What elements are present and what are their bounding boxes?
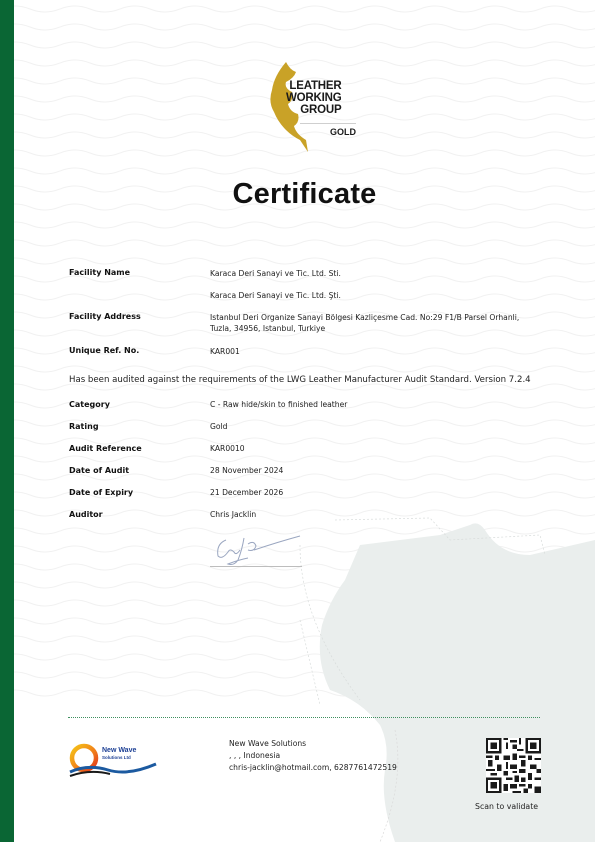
unique-ref-label: Unique Ref. No. bbox=[69, 346, 139, 355]
facility-address-line2: Tuzla, 34956, Istanbul, Turkiye bbox=[210, 323, 325, 335]
footer-divider bbox=[68, 717, 540, 718]
facility-name-alt-value: Karaca Deri Sanayi ve Tic. Ltd. Şti. bbox=[210, 290, 341, 302]
qr-code-icon[interactable] bbox=[486, 738, 541, 793]
auditor-signature-icon bbox=[208, 530, 308, 568]
detail-label: Date of Expiry bbox=[69, 488, 133, 497]
svg-text:New Wave: New Wave bbox=[102, 747, 136, 754]
detail-value: 21 December 2026 bbox=[210, 487, 283, 499]
facility-address-label: Facility Address bbox=[69, 312, 141, 321]
detail-label: Rating bbox=[69, 422, 99, 431]
detail-label: Category bbox=[69, 400, 110, 409]
organization-contact: New Wave Solutions , , , Indonesia chris… bbox=[229, 738, 397, 774]
logo-line-3: GROUP bbox=[286, 104, 341, 116]
detail-value: C - Raw hide/skin to finished leather bbox=[210, 399, 347, 411]
logo-line-2: WORKING bbox=[286, 92, 341, 104]
unique-ref-value: KAR001 bbox=[210, 346, 240, 358]
scan-to-validate-label: Scan to validate bbox=[475, 802, 538, 811]
detail-label: Date of Audit bbox=[69, 466, 129, 475]
detail-label: Auditor bbox=[69, 510, 103, 519]
logo-line-1: LEATHER bbox=[286, 80, 341, 92]
lwg-logo-text: LEATHER WORKING GROUP bbox=[286, 80, 341, 116]
org-name: New Wave Solutions bbox=[229, 738, 397, 750]
detail-value: KAR0010 bbox=[210, 443, 245, 455]
signature-line bbox=[210, 566, 302, 567]
audit-statement: Has been audited against the requirement… bbox=[69, 375, 531, 385]
detail-value: Gold bbox=[210, 421, 227, 433]
certificate-page: LEATHER WORKING GROUP GOLD Certificate F… bbox=[0, 0, 595, 842]
svg-text:Solutions Ltd: Solutions Ltd bbox=[102, 755, 131, 760]
new-wave-solutions-logo-icon: New Wave Solutions Ltd bbox=[68, 738, 160, 780]
org-contact-details: chris-jacklin@hotmail.com, 6287761472519 bbox=[229, 762, 397, 774]
page-title: Certificate bbox=[0, 178, 595, 211]
org-location: , , , Indonesia bbox=[229, 750, 397, 762]
facility-name-label: Facility Name bbox=[69, 268, 130, 277]
detail-value: 28 November 2024 bbox=[210, 465, 283, 477]
logo-divider bbox=[300, 123, 356, 124]
facility-name-value: Karaca Deri Sanayi ve Tic. Ltd. Sti. bbox=[210, 268, 341, 280]
logo-tier: GOLD bbox=[330, 127, 356, 137]
detail-label: Audit Reference bbox=[69, 444, 142, 453]
detail-value: Chris Jacklin bbox=[210, 509, 256, 521]
